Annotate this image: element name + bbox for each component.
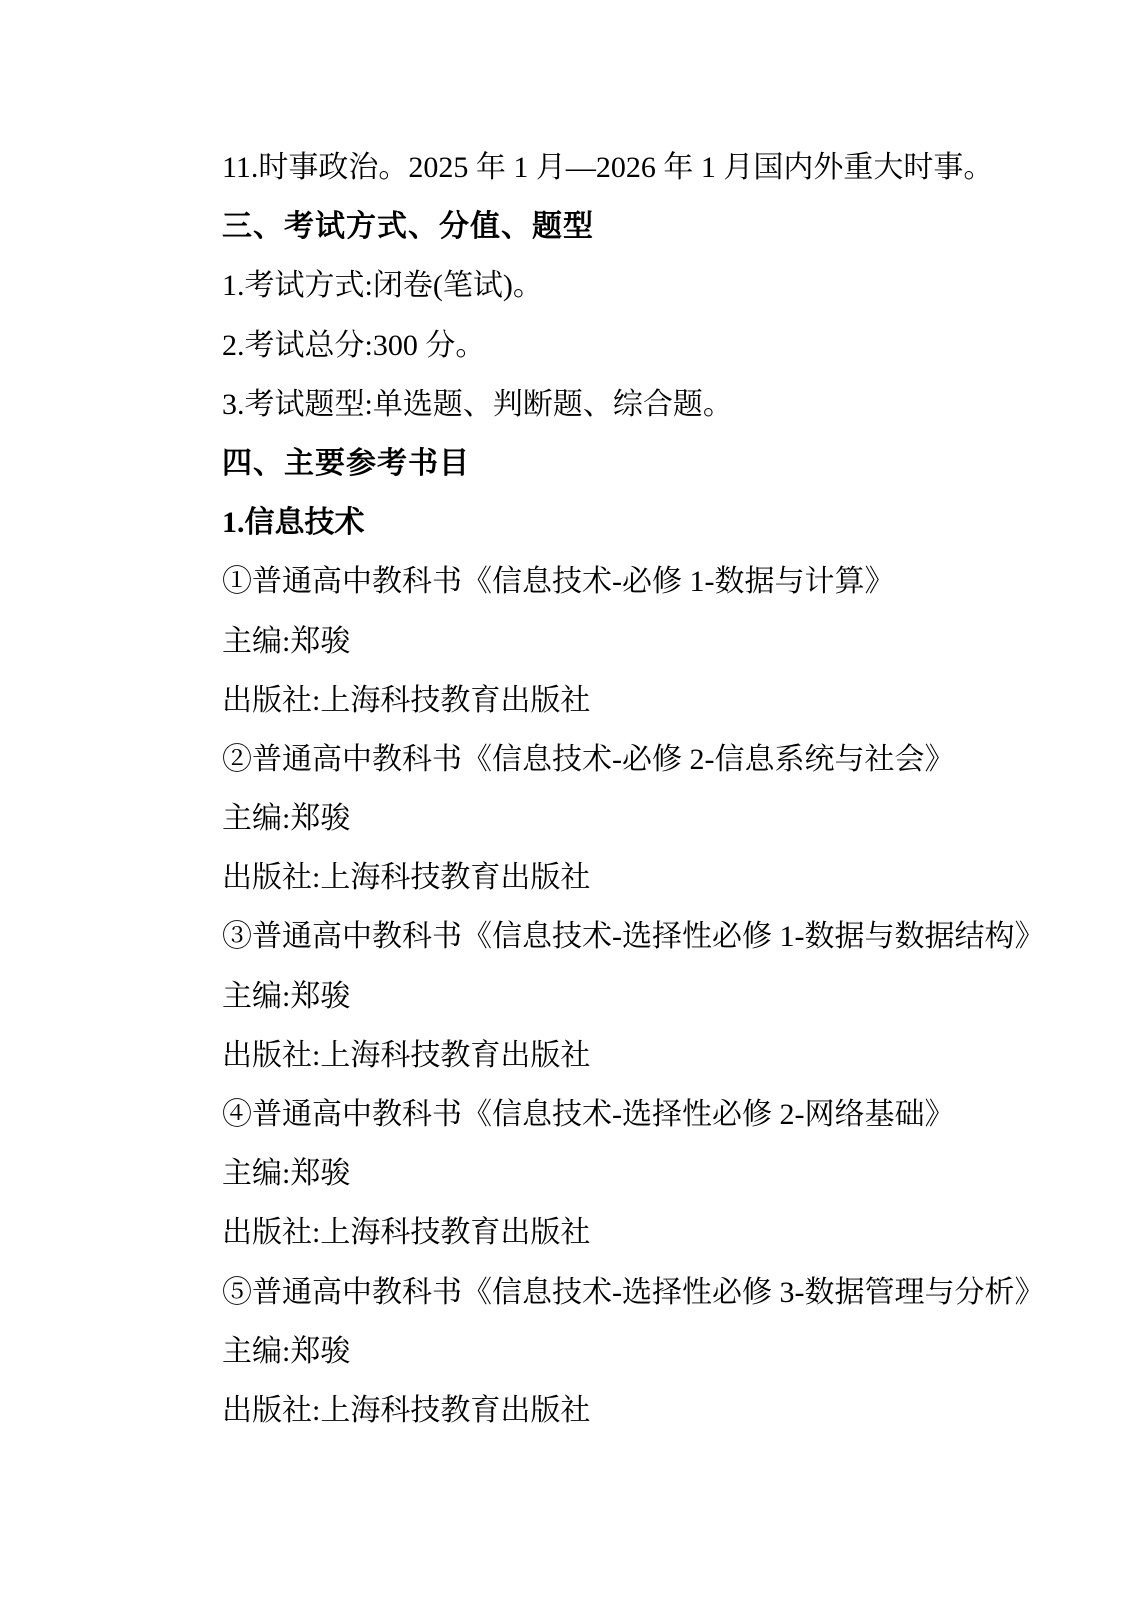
- paragraph: 11.时事政治。2025 年 1 月—2026 年 1 月国内外重大时事。: [222, 138, 991, 197]
- paragraph: 主编:郑骏: [222, 967, 991, 1026]
- paragraph: ④普通高中教科书《信息技术-选择性必修 2-网络基础》: [222, 1085, 991, 1144]
- paragraph: ⑤普通高中教科书《信息技术-选择性必修 3-数据管理与分析》: [222, 1263, 991, 1322]
- paragraph: ③普通高中教科书《信息技术-选择性必修 1-数据与数据结构》: [222, 907, 991, 966]
- section-heading: 四、主要参考书目: [222, 434, 991, 493]
- section-heading: 三、考试方式、分值、题型: [222, 197, 991, 256]
- paragraph: 1.考试方式:闭卷(笔试)。: [222, 256, 991, 315]
- paragraph: 3.考试题型:单选题、判断题、综合题。: [222, 375, 991, 434]
- paragraph: 出版社:上海科技教育出版社: [222, 671, 991, 730]
- paragraph: ②普通高中教科书《信息技术-必修 2-信息系统与社会》: [222, 730, 991, 789]
- paragraph: 出版社:上海科技教育出版社: [222, 1203, 991, 1262]
- document-page: 11.时事政治。2025 年 1 月—2026 年 1 月国内外重大时事。三、考…: [0, 0, 1131, 1600]
- paragraph: 主编:郑骏: [222, 789, 991, 848]
- paragraph: 出版社:上海科技教育出版社: [222, 1381, 991, 1440]
- document-body: 11.时事政治。2025 年 1 月—2026 年 1 月国内外重大时事。三、考…: [0, 0, 1131, 1440]
- paragraph: 2.考试总分:300 分。: [222, 316, 991, 375]
- paragraph: 主编:郑骏: [222, 1144, 991, 1203]
- paragraph: 主编:郑骏: [222, 1322, 991, 1381]
- subsection-heading: 1.信息技术: [222, 493, 991, 552]
- paragraph: 出版社:上海科技教育出版社: [222, 1026, 991, 1085]
- paragraph: 主编:郑骏: [222, 612, 991, 671]
- paragraph: ①普通高中教科书《信息技术-必修 1-数据与计算》: [222, 552, 991, 611]
- paragraph: 出版社:上海科技教育出版社: [222, 848, 991, 907]
